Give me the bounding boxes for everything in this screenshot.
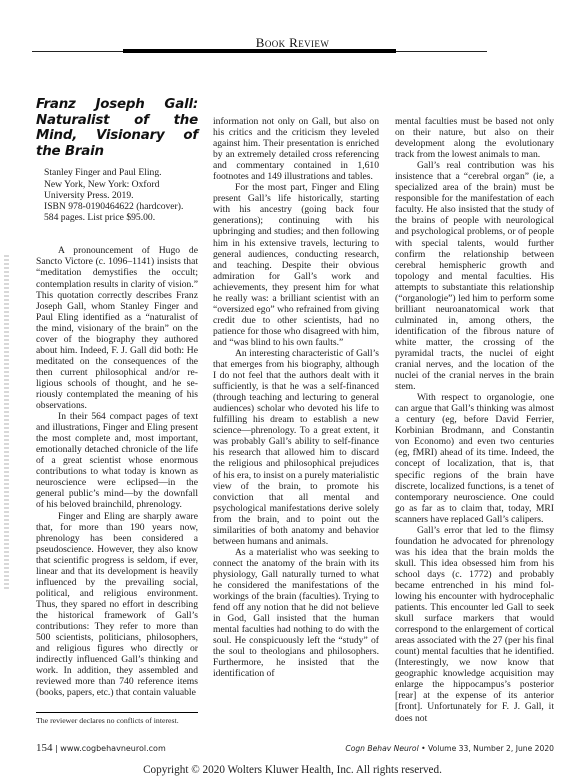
journal-abbrev: Cogn Behav Neurol <box>345 744 418 753</box>
column-3: mental faculties must be based not only … <box>395 116 554 724</box>
footnote-rule <box>36 712 198 713</box>
book-publisher-location: New York, New York: Oxford <box>44 179 198 190</box>
paragraph: information not only on Gall, but also o… <box>213 116 379 182</box>
page-footer: 154 | www.cogbehavneurol.com Cogn Behav … <box>36 742 554 756</box>
book-pages-price: 584 pages. List price $95.00. <box>44 212 198 223</box>
book-authors: Stanley Finger and Paul Eling. <box>44 167 198 178</box>
paragraph: Gall’s real contribution was his insiste… <box>395 160 554 392</box>
margin-download-notice <box>4 255 9 590</box>
section-label: Book Review <box>256 35 329 50</box>
copyright-notice: Copyright © 2020 Wolters Kluwer Health, … <box>0 764 585 776</box>
paragraph: An interesting characteristic of Gall’s … <box>213 348 379 547</box>
book-title: Franz Joseph Gall: Naturalist of the Min… <box>36 97 198 159</box>
paragraph: mental faculties must be based not only … <box>395 116 554 160</box>
column-2: information not only on Gall, but also o… <box>213 116 379 679</box>
paragraph: With respect to organologie, one can arg… <box>395 392 554 525</box>
footer-left: 154 | www.cogbehavneurol.com <box>36 742 166 754</box>
book-publisher-year: University Press. 2019. <box>44 190 198 201</box>
paragraph: In their 564 compact pages of text and i… <box>36 411 198 510</box>
column-1: Franz Joseph Gall: Naturalist of the Min… <box>36 97 198 698</box>
journal-url[interactable]: www.cogbehavneurol.com <box>60 744 165 753</box>
paragraph: Gall’s error that led to the flimsy foun… <box>395 525 554 724</box>
footer-separator: | <box>55 744 58 753</box>
conflict-of-interest-note: The reviewer declares no conflicts of in… <box>36 716 179 725</box>
footer-right: Cogn Behav Neurol • Volume 33, Number 2,… <box>345 744 554 753</box>
paragraph: For the most part, Finger and Eling pres… <box>213 182 379 348</box>
book-isbn: ISBN 978-0190464622 (hardcover). <box>44 201 198 212</box>
header-rule-thick <box>123 49 396 53</box>
paragraph: As a materialist who was seek­ing to con… <box>213 547 379 680</box>
book-citation: Stanley Finger and Paul Eling. New York,… <box>44 167 198 223</box>
paragraph: Finger and Eling are sharply aware that,… <box>36 511 198 699</box>
page-number: 154 <box>36 742 53 754</box>
journal-issue: • Volume 33, Number 2, June 2020 <box>419 744 554 753</box>
paragraph: A pronouncement of Hugo de Sancto Victor… <box>36 245 198 411</box>
